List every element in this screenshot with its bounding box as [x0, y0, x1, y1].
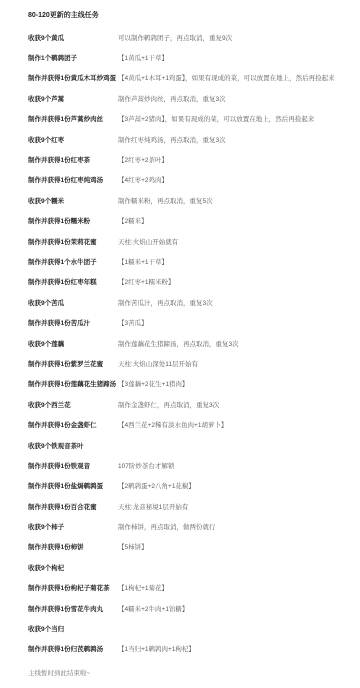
task-detail: 制作红枣炖鸡汤，再点取消，重复3次	[118, 135, 354, 144]
task-detail: 【2鹌鹑蛋+2八角+1花椒】	[118, 481, 354, 490]
task-row: 制作并获得1份莲藕花生猪蹄汤【3莲藕+2花生+1猪肉】	[28, 374, 354, 394]
task-name: 收获9个柿子	[28, 522, 118, 531]
task-name: 收获9个莲藕	[28, 339, 118, 348]
task-row: 制作并获得1份紫罗兰花蜜天柱:火焰山深处11层开始有	[28, 353, 354, 373]
task-detail: 【3苦瓜】	[118, 318, 354, 327]
task-row: 收获9个当归	[28, 618, 354, 638]
task-row: 制作并获得1份金盏虾仁【4西兰花+2稀有淡水鱼肉+1胡萝卜】	[28, 414, 354, 434]
task-detail: 【2糯米】	[118, 216, 354, 225]
task-name: 制作并获得1份莲藕花生猪蹄汤	[28, 379, 118, 388]
task-row: 制作并获得1份芦蒿炒肉丝【3芦蒿+2猪肉】，如果有现成的菜，可以放置在地上，然后…	[28, 109, 354, 129]
task-name: 制作并获得1份盐焗鹌鹑蛋	[28, 481, 118, 490]
task-row: 收获9个苦瓜制作苦瓜汁，再点取消，重复3次	[28, 292, 354, 312]
task-row: 制作并获得1份红枣年糕【2红枣+1糯米粉】	[28, 272, 354, 292]
task-detail: 制作芦蒿炒肉丝，再点取消，重复3次	[118, 94, 354, 103]
task-name: 制作并获得1份紫罗兰花蜜	[28, 359, 118, 368]
task-row: 制作并获得1份红枣炖鸡汤【4红枣+2鸡肉】	[28, 170, 354, 190]
task-row: 收获9个西兰花制作金盏虾仁，再点取消，重复3次	[28, 394, 354, 414]
task-row: 制作并获得1份苦瓜汁【3苦瓜】	[28, 312, 354, 332]
task-name: 收获9个苦瓜	[28, 298, 118, 307]
task-row: 收获9个糯米制作糯米粉，再点取消，重复5次	[28, 190, 354, 210]
task-row: 收获9个芦蒿制作芦蒿炒肉丝，再点取消，重复3次	[28, 88, 354, 108]
task-detail: 【1枸杞+1菊花】	[118, 583, 354, 592]
task-name: 制作并获得1份雪花牛肉丸	[28, 604, 118, 613]
task-name: 制作并获得1份黄瓜木耳炒鸡蛋	[28, 73, 118, 82]
task-detail: 天柱:火焰山深处11层开始有	[118, 359, 354, 368]
task-name: 收获9个红枣	[28, 135, 118, 144]
task-name: 制作并获得1份糯米粉	[28, 216, 118, 225]
task-list: 收获9个黄瓜可以制作鹌鹑团子，再点取消，重复9次制作1个鹌鹑团子【1黄瓜+1干草…	[28, 27, 354, 659]
task-name: 制作并获得1份芦蒿炒肉丝	[28, 114, 118, 123]
task-name: 收获9个当归	[28, 624, 118, 633]
task-detail: 【4糯米+2牛肉+1饴糖】	[118, 604, 354, 613]
task-row: 制作并获得1份盐焗鹌鹑蛋【2鹌鹑蛋+2八角+1花椒】	[28, 476, 354, 496]
task-name: 制作并获得1份红枣炖鸡汤	[28, 175, 118, 184]
task-detail: 制作柿饼，再点取消，做两份就行	[118, 522, 354, 531]
task-name: 制作并获得1份枸杞子菊花茶	[28, 583, 118, 592]
task-detail: 【1黄瓜+1干草】	[118, 53, 354, 62]
footer-note: 主线暂时到此结束啦~	[28, 668, 354, 677]
task-row: 制作并获得1份铁观音107阶炒茶台才解锁	[28, 455, 354, 475]
task-name: 制作并获得1份归芪鹌鹑汤	[28, 644, 118, 653]
document-page: 80-120更新的主线任务 收获9个黄瓜可以制作鹌鹑团子，再点取消，重复9次制作…	[0, 0, 360, 688]
task-detail: 天柱:龙音秘境1层开始有	[118, 502, 354, 511]
task-name: 收获9个糯米	[28, 196, 118, 205]
task-detail: 【5柿饼】	[118, 542, 354, 551]
task-row: 收获9个红枣制作红枣炖鸡汤，再点取消，重复3次	[28, 129, 354, 149]
task-row: 制作并获得1份枸杞子菊花茶【1枸杞+1菊花】	[28, 578, 354, 598]
task-detail: 制作糯米粉，再点取消，重复5次	[118, 196, 354, 205]
task-detail: 【1当归+1鹌鹑肉+1枸杞】	[118, 644, 354, 653]
task-name: 收获9个黄瓜	[28, 33, 118, 42]
task-name: 制作并获得1份红枣年糕	[28, 277, 118, 286]
task-name: 制作并获得1份茉莉花蜜	[28, 237, 118, 246]
task-row: 收获9个枸杞	[28, 557, 354, 577]
task-row: 收获9个柿子制作柿饼，再点取消，做两份就行	[28, 516, 354, 536]
task-row: 收获9个黄瓜可以制作鹌鹑团子，再点取消，重复9次	[28, 27, 354, 47]
task-row: 制作并获得1份柿饼【5柿饼】	[28, 537, 354, 557]
task-row: 制作并获得1份糯米粉【2糯米】	[28, 211, 354, 231]
task-row: 制作并获得1份红枣茶【2红枣+2茶叶】	[28, 149, 354, 169]
task-row: 制作并获得1份黄瓜木耳炒鸡蛋【4黄瓜+1木耳+1鸡蛋】，如果有现成的菜，可以放置…	[28, 68, 354, 88]
task-row: 制作并获得1份百合花蜜天柱:龙音秘境1层开始有	[28, 496, 354, 516]
task-name: 收获9个枸杞	[28, 563, 118, 572]
task-name: 收获9个芦蒿	[28, 94, 118, 103]
task-detail: 制作苦瓜汁，再点取消，重复3次	[118, 298, 354, 307]
task-name: 制作并获得1份苦瓜汁	[28, 318, 118, 327]
task-row: 制作并获得1份归芪鹌鹑汤【1当归+1鹌鹑肉+1枸杞】	[28, 639, 354, 659]
task-detail: 可以制作鹌鹑团子，再点取消，重复9次	[118, 33, 354, 42]
task-name: 制作并获得1份红枣茶	[28, 155, 118, 164]
task-name: 制作并获得1份金盏虾仁	[28, 420, 118, 429]
task-detail: 【4红枣+2鸡肉】	[118, 175, 354, 184]
task-detail: 【1糯米+1干草】	[118, 257, 354, 266]
task-detail: 【3莲藕+2花生+1猪肉】	[118, 379, 354, 388]
task-name: 收获9个西兰花	[28, 400, 118, 409]
task-row: 制作并获得1个水牛团子【1糯米+1干草】	[28, 251, 354, 271]
task-detail: 制作金盏虾仁，再点取消，重复3次	[118, 400, 354, 409]
task-detail: 【2红枣+1糯米粉】	[118, 277, 354, 286]
task-name: 制作1个鹌鹑团子	[28, 53, 118, 62]
task-name: 收获9个铁观音茶叶	[28, 441, 118, 450]
task-detail: 【4黄瓜+1木耳+1鸡蛋】，如果有现成的菜，可以放置在地上，然后再捡起来	[118, 73, 354, 82]
task-detail: 【4西兰花+2稀有淡水鱼肉+1胡萝卜】	[118, 420, 354, 429]
task-row: 收获9个铁观音茶叶	[28, 435, 354, 455]
task-detail: 天柱:火焰山开始就有	[118, 237, 354, 246]
task-row: 制作并获得1份茉莉花蜜天柱:火焰山开始就有	[28, 231, 354, 251]
task-detail: 107阶炒茶台才解锁	[118, 461, 354, 470]
task-name: 制作并获得1个水牛团子	[28, 257, 118, 266]
task-name: 制作并获得1份柿饼	[28, 542, 118, 551]
task-name: 制作并获得1份百合花蜜	[28, 502, 118, 511]
task-row: 制作并获得1份雪花牛肉丸【4糯米+2牛肉+1饴糖】	[28, 598, 354, 618]
task-detail: 制作莲藕花生猪蹄汤，再点取消，重复3次	[118, 339, 354, 348]
task-name: 制作并获得1份铁观音	[28, 461, 118, 470]
task-detail: 【2红枣+2茶叶】	[118, 155, 354, 164]
page-title: 80-120更新的主线任务	[28, 11, 354, 27]
task-row: 收获9个莲藕制作莲藕花生猪蹄汤，再点取消，重复3次	[28, 333, 354, 353]
task-detail: 【3芦蒿+2猪肉】，如果有现成的菜，可以放置在地上，然后再捡起来	[118, 114, 354, 123]
task-row: 制作1个鹌鹑团子【1黄瓜+1干草】	[28, 47, 354, 67]
